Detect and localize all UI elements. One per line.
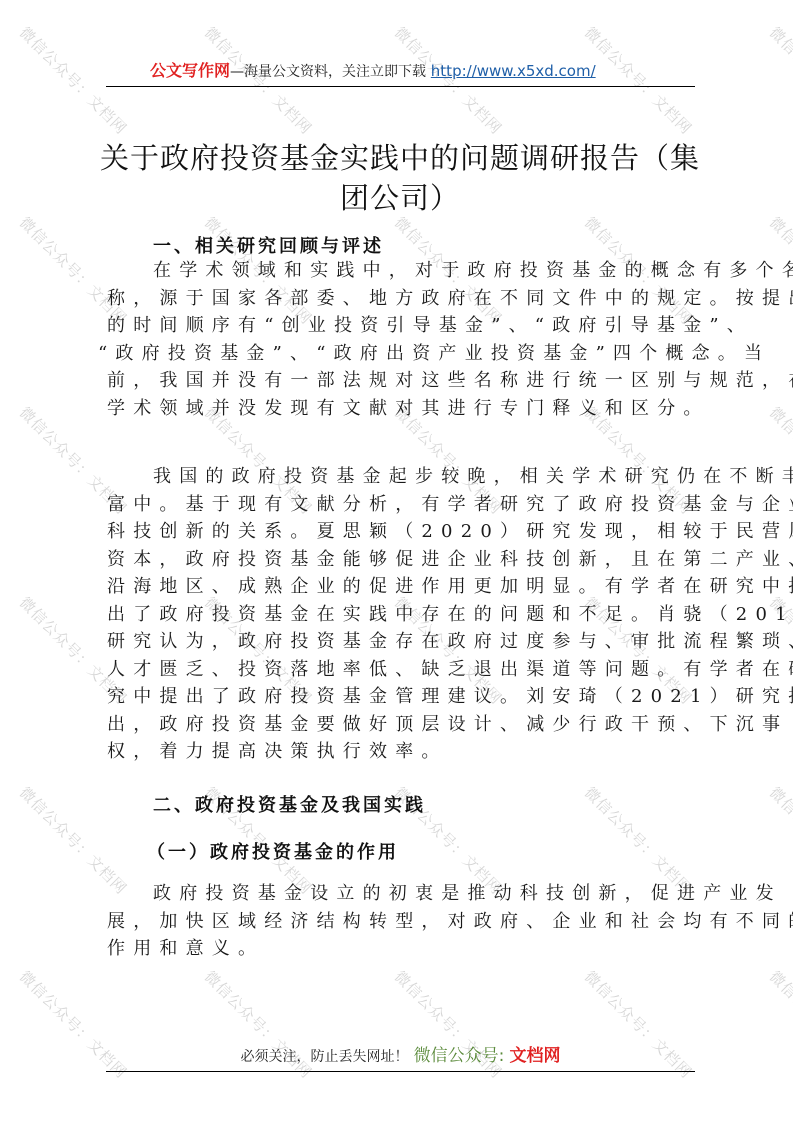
- paragraph-line: 富中。基于现有文献分析，有学者研究了政府投资基金与企业: [107, 491, 683, 519]
- paragraph-line: 资本，政府投资基金能够促进企业科技创新，且在第二产业、: [107, 546, 683, 574]
- header-banner: 公文写作网—海量公文资料，关注立即下载 http://www.x5xd.com/: [150, 61, 596, 82]
- footer-wechat-label: 微信公众号:: [414, 1046, 505, 1066]
- footer-banner: 必须关注，防止丢失网址！ 微信公众号: 文档网: [106, 1045, 695, 1068]
- paragraph-line: 科技创新的关系。夏思颖（2020）研究发现，相较于民营风险: [107, 518, 683, 546]
- paragraph-line: 出了政府投资基金在实践中存在的问题和不足。肖骁（2019）: [107, 601, 683, 629]
- watermark: 微信公众号：文档网: [765, 22, 793, 139]
- paragraph-line: 出，政府投资基金要做好顶层设计、减少行政干预、下沉事: [107, 711, 683, 739]
- document-title: 关于政府投资基金实践中的问题调研报告（集 团公司）: [100, 138, 700, 218]
- paragraph-line: 在学术领域和实践中，对于政府投资基金的概念有多个名: [107, 257, 683, 285]
- header-website-link[interactable]: http://www.x5xd.com/: [431, 62, 596, 80]
- footer-wechat-name: 文档网: [509, 1046, 560, 1066]
- page-footer: 必须关注，防止丢失网址！ 微信公众号: 文档网: [106, 1040, 695, 1072]
- paragraph-line: 研究认为，政府投资基金存在政府过度参与、审批流程繁琐、: [107, 628, 683, 656]
- header-slogan: —海量公文资料，关注立即下载: [230, 64, 426, 80]
- paragraph-line: 作用和意义。: [107, 935, 683, 963]
- document-page: 微信公众号：文档网 微信公众号：文档网 微信公众号：文档网 微信公众号：文档网 …: [0, 0, 793, 1121]
- watermark: 微信公众号：文档网: [765, 966, 793, 1083]
- section-heading: 二、政府投资基金及我国实践: [153, 791, 426, 817]
- page-header: 公文写作网—海量公文资料，关注立即下载 http://www.x5xd.com/: [106, 58, 695, 87]
- paragraph-line: 前，我国并没有一部法规对这些名称进行统一区别与规范，在: [107, 367, 683, 395]
- footer-notice: 必须关注，防止丢失网址！: [241, 1049, 409, 1065]
- title-line: 团公司）: [100, 178, 700, 218]
- header-brand: 公文写作网: [150, 61, 230, 80]
- paragraph-line: 沿海地区、成熟企业的促进作用更加明显。有学者在研究中指: [107, 573, 683, 601]
- paragraph: 政府投资基金设立的初衷是推动科技创新，促进产业发 展，加快区域经济结构转型，对政…: [107, 880, 683, 963]
- paragraph-line: 学术领域并没发现有文献对其进行专门释义和区分。: [107, 395, 683, 423]
- paragraph: 在学术领域和实践中，对于政府投资基金的概念有多个名 称，源于国家各部委、地方政府…: [107, 257, 683, 422]
- subsection-heading: （一）政府投资基金的作用: [147, 838, 399, 864]
- paragraph-line: 政府投资基金设立的初衷是推动科技创新，促进产业发: [107, 880, 683, 908]
- paragraph-line: 究中提出了政府投资基金管理建议。刘安琦（2021）研究指: [107, 683, 683, 711]
- paragraph-line: 人才匮乏、投资落地率低、缺乏退出渠道等问题。有学者在研: [107, 656, 683, 684]
- watermark: 微信公众号：文档网: [765, 782, 793, 899]
- paragraph-line: 的时间顺序有“创业投资引导基金”、“政府引导基金”、: [107, 312, 683, 340]
- paragraph-line: “政府投资基金”、“政府出资产业投资基金”四个概念。当: [98, 340, 683, 368]
- section-heading: 一、相关研究回顾与评述: [153, 232, 384, 258]
- paragraph-line: 称，源于国家各部委、地方政府在不同文件中的规定。按提出: [107, 285, 683, 313]
- paragraph-line: 权，着力提高决策执行效率。: [107, 738, 683, 766]
- paragraph-line: 展，加快区域经济结构转型，对政府、企业和社会均有不同的: [107, 908, 683, 936]
- paragraph: 我国的政府投资基金起步较晚，相关学术研究仍在不断丰 富中。基于现有文献分析，有学…: [107, 463, 683, 766]
- paragraph-line: 我国的政府投资基金起步较晚，相关学术研究仍在不断丰: [107, 463, 683, 491]
- title-line: 关于政府投资基金实践中的问题调研报告（集: [100, 138, 700, 178]
